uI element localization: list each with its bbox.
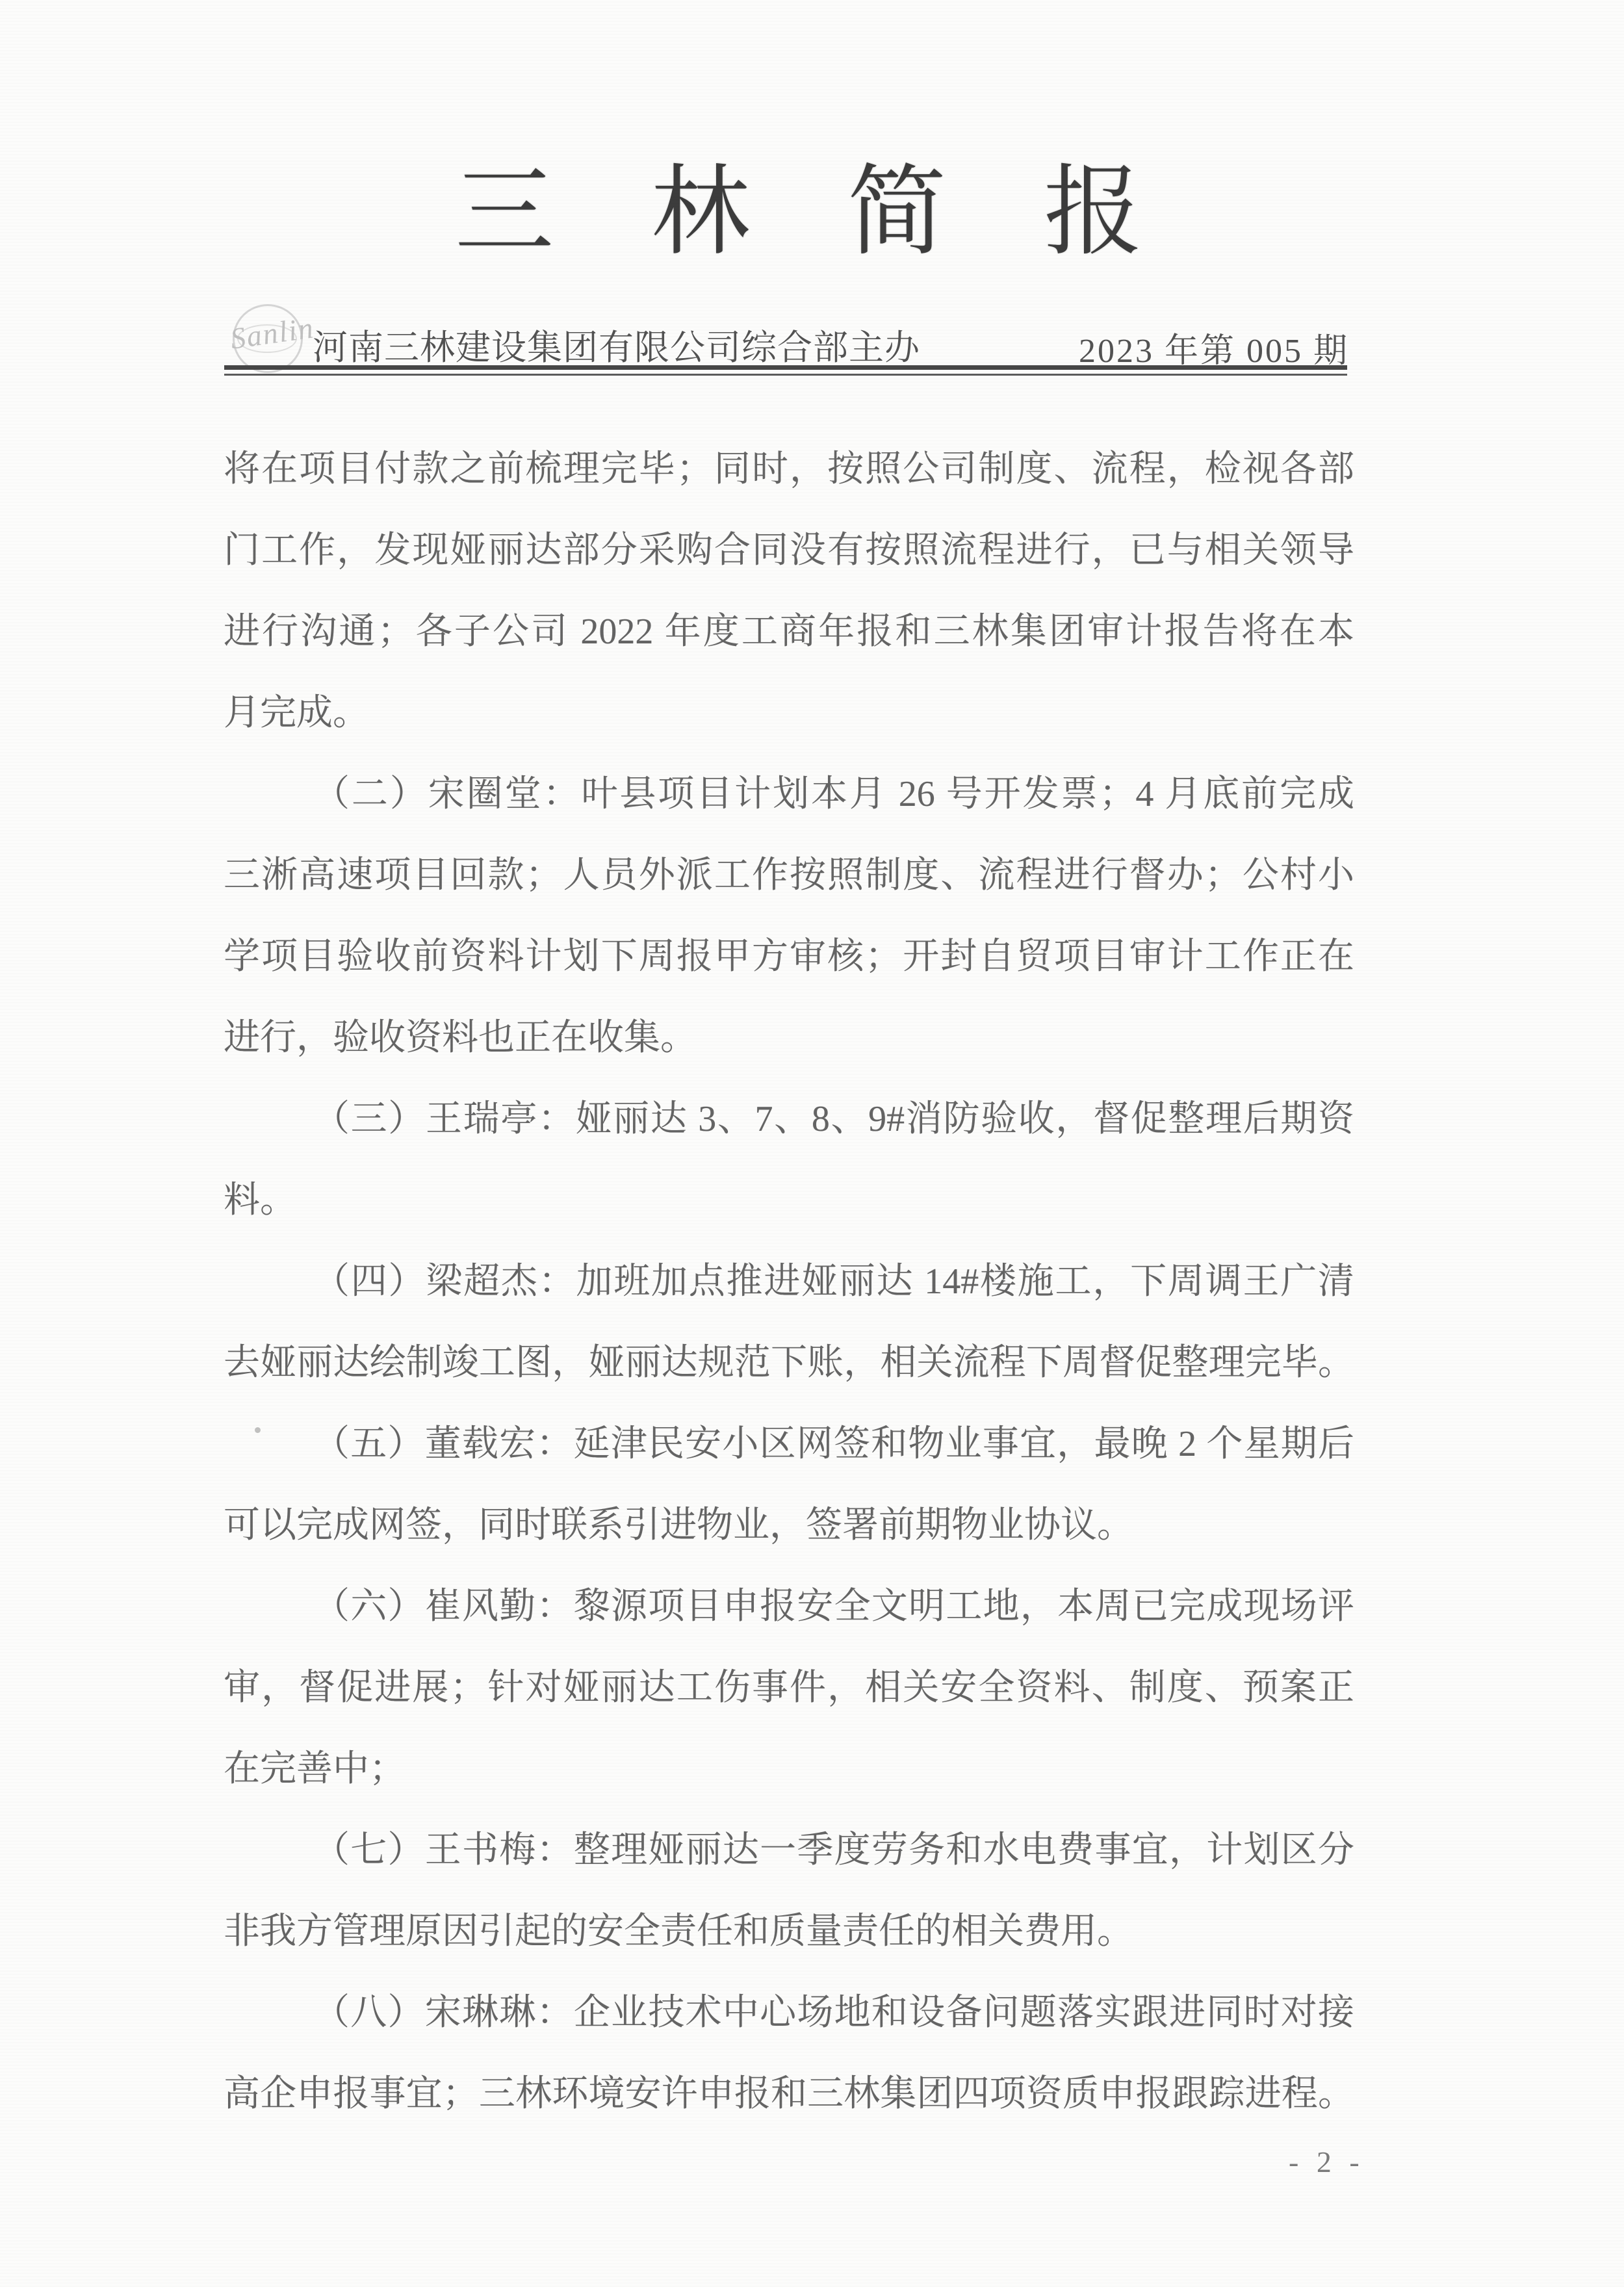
text-line: （四）梁超杰：加班加点推进娅丽达 14#楼施工，下周调王广清 — [224, 1241, 1354, 1323]
text-line: 将在项目付款之前梳理完毕；同时，按照公司制度、流程，检视各部 — [224, 429, 1354, 510]
scanned-bulletin-page: 三林简报 Sanlin 河南三林建设集团有限公司综合部主办 2023 年第 00… — [0, 0, 1624, 2287]
text-line: 三淅高速项目回款；人员外派工作按照制度、流程进行督办；公村小 — [224, 835, 1354, 916]
text-line: （八）宋琳琳：企业技术中心场地和设备问题落实跟进同时对接 — [224, 1972, 1354, 2054]
text-line: （五）董载宏：延津民安小区网签和物业事宜，最晚 2 个星期后 — [224, 1404, 1354, 1485]
text-line: 进行沟通；各子公司 2022 年度工商年报和三林集团审计报告将在本 — [224, 591, 1354, 673]
text-line: （二）宋圈堂：叶县项目计划本月 26 号开发票；4 月底前完成 — [224, 754, 1354, 835]
text-line: 学项目验收前资料计划下周报甲方审核；开封自贸项目审计工作正在 — [224, 916, 1354, 998]
text-line: 可以完成网签，同时联系引进物业，签署前期物业协议。 — [224, 1485, 1354, 1566]
text-line: 月完成。 — [224, 673, 1354, 754]
text-line: 非我方管理原因引起的安全责任和质量责任的相关费用。 — [224, 1891, 1354, 1972]
text-line: 审，督促进展；针对娅丽达工伤事件，相关安全资料、制度、预案正 — [224, 1647, 1354, 1729]
issue-number: 2023 年第 005 期 — [1079, 323, 1349, 372]
text-line: （三）王瑞亭：娅丽达 3、7、8、9#消防验收，督促整理后期资 — [224, 1079, 1354, 1160]
body-text: 将在项目付款之前梳理完毕；同时，按照公司制度、流程，检视各部 门工作，发现娅丽达… — [224, 429, 1354, 2135]
text-line: 进行，验收资料也正在收集。 — [224, 998, 1354, 1079]
masthead-rule-thin — [224, 374, 1347, 376]
text-line: （六）崔风勤：黎源项目申报安全文明工地，本周已完成现场评 — [224, 1566, 1354, 1647]
text-line: （七）王书梅：整理娅丽达一季度劳务和水电费事宜，计划区分 — [224, 1810, 1354, 1891]
text-line: 在完善中； — [224, 1729, 1354, 1810]
bulletin-title: 三林简报 — [455, 161, 1240, 265]
text-line: 去娅丽达绘制竣工图，娅丽达规范下账，相关流程下周督促整理完毕。 — [224, 1323, 1354, 1404]
text-line: 料。 — [224, 1160, 1354, 1241]
page-number: - 2 - — [1289, 2145, 1365, 2179]
masthead-rule-thick — [224, 365, 1347, 370]
publisher-line: 河南三林建设集团有限公司综合部主办 — [313, 320, 920, 370]
text-line: 门工作，发现娅丽达部分采购合同没有按照流程进行，已与相关领导 — [224, 510, 1354, 591]
text-line: 高企申报事宜；三林环境安许申报和三林集团四项资质申报跟踪进程。 — [224, 2054, 1354, 2135]
